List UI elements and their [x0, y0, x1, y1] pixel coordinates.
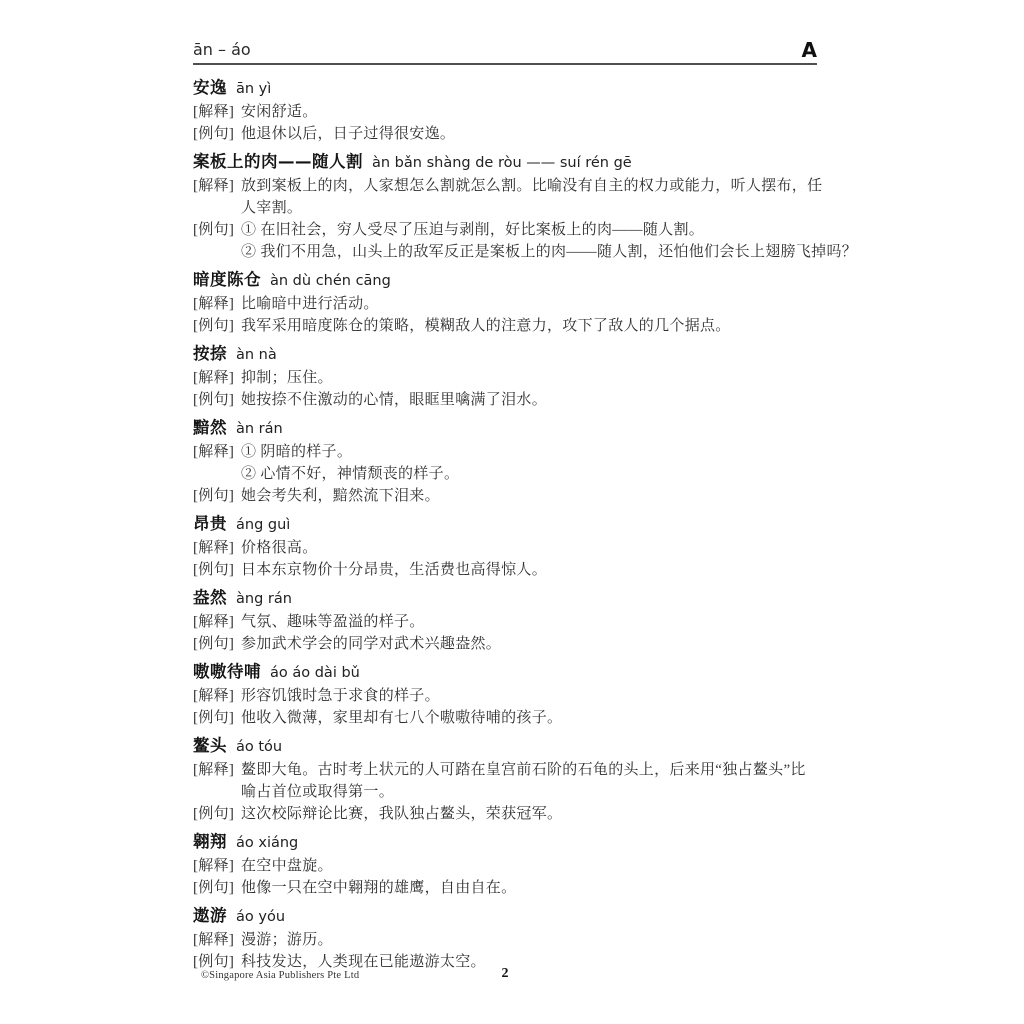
definition-text: 安闲舒适。 [241, 101, 817, 123]
dictionary-entry: 嗷嗷待哺áo áo dài bǔ [解释] 形容饥饿时急于求食的样子。 [例句]… [193, 660, 817, 729]
dictionary-entry: 翱翔áo xiáng [解释] 在空中盘旋。 [例句] 他像一只在空中翱翔的雄鹰… [193, 830, 817, 899]
definition-row: [解释] 放到案板上的肉，人家想怎么割就怎么割。比喻没有自主的权力或能力，听人摆… [193, 175, 817, 219]
definition-line: 比喻暗中进行活动。 [241, 293, 817, 315]
definition-label: [解释] [193, 441, 241, 485]
example-label: [例句] [193, 315, 241, 337]
definition-label: [解释] [193, 537, 241, 559]
dictionary-entry: 暗度陈仓àn dù chén cāng [解释] 比喻暗中进行活动。 [例句] … [193, 268, 817, 337]
example-text: 她会考失利，黯然流下泪来。 [241, 485, 817, 507]
entry-head: 盎然àng rán [193, 586, 817, 611]
definition-row: [解释] 漫游；游历。 [193, 929, 817, 951]
example-row: [例句] 我军采用暗度陈仓的策略，模糊敌人的注意力，攻下了敌人的几个据点。 [193, 315, 817, 337]
example-row: [例句] 她按捺不住激动的心情，眼眶里噙满了泪水。 [193, 389, 817, 411]
definition-row: [解释] 鳌即大龟。古时考上状元的人可踏在皇宫前石阶的石龟的头上，后来用“独占鳌… [193, 759, 817, 803]
entry-headword: 安逸 [193, 78, 227, 97]
example-row: [例句] 她会考失利，黯然流下泪来。 [193, 485, 817, 507]
dictionary-entry: 昂贵áng guì [解释] 价格很高。 [例句] 日本东京物价十分昂贵，生活费… [193, 512, 817, 581]
dictionary-entry: 黯然àn rán [解释] ① 阴暗的样子。② 心情不好，神情颓丧的样子。 [例… [193, 416, 817, 507]
example-text: 这次校际辩论比赛，我队独占鳌头，荣获冠军。 [241, 803, 817, 825]
example-row: [例句] 他收入微薄，家里却有七八个嗷嗷待哺的孩子。 [193, 707, 817, 729]
example-label: [例句] [193, 123, 241, 145]
example-text: 他收入微薄，家里却有七八个嗷嗷待哺的孩子。 [241, 707, 817, 729]
example-line: 参加武术学会的同学对武术兴趣盎然。 [241, 633, 817, 655]
entry-head: 翱翔áo xiáng [193, 830, 817, 855]
definition-text: 放到案板上的肉，人家想怎么割就怎么割。比喻没有自主的权力或能力，听人摆布，任人宰… [241, 175, 817, 219]
example-text: 他像一只在空中翱翔的雄鹰，自由自在。 [241, 877, 817, 899]
entry-headword: 按捺 [193, 344, 227, 363]
entry-head: 案板上的肉——随人割àn bǎn shàng de ròu —— suí rén… [193, 150, 817, 175]
entry-head: 昂贵áng guì [193, 512, 817, 537]
entry-headword: 案板上的肉——随人割 [193, 152, 363, 171]
definition-line: 气氛、趣味等盈溢的样子。 [241, 611, 817, 633]
definition-label: [解释] [193, 293, 241, 315]
example-label: [例句] [193, 633, 241, 655]
example-line: 这次校际辩论比赛，我队独占鳌头，荣获冠军。 [241, 803, 817, 825]
definition-label: [解释] [193, 855, 241, 877]
example-row: [例句] 参加武术学会的同学对武术兴趣盎然。 [193, 633, 817, 655]
definition-text: 比喻暗中进行活动。 [241, 293, 817, 315]
example-line: 他收入微薄，家里却有七八个嗷嗷待哺的孩子。 [241, 707, 817, 729]
definition-text: 漫游；游历。 [241, 929, 817, 951]
definition-text: 形容饥饿时急于求食的样子。 [241, 685, 817, 707]
definition-label: [解释] [193, 175, 241, 219]
entry-headword: 遨游 [193, 906, 227, 925]
entry-pinyin: àn dù chén cāng [270, 273, 391, 289]
entry-pinyin: áng guì [236, 517, 290, 533]
example-row: [例句] 日本东京物价十分昂贵，生活费也高得惊人。 [193, 559, 817, 581]
entry-head: 鳌头áo tóu [193, 734, 817, 759]
entry-headword: 昂贵 [193, 514, 227, 533]
entry-headword: 翱翔 [193, 832, 227, 851]
page-header: ān – áo A [193, 40, 817, 65]
entry-pinyin: áo áo dài bǔ [270, 665, 360, 681]
example-text: ① 在旧社会，穷人受尽了压迫与剥削，好比案板上的肉——随人割。② 我们不用急，山… [241, 219, 817, 263]
definition-row: [解释] 安闲舒适。 [193, 101, 817, 123]
example-row: [例句] 他像一只在空中翱翔的雄鹰，自由自在。 [193, 877, 817, 899]
entry-headword: 盎然 [193, 588, 227, 607]
page-footer: ©Singapore Asia Publishers Pte Ltd 2 [193, 966, 817, 986]
definition-line: 鳌即大龟。古时考上状元的人可踏在皇宫前石阶的石龟的头上，后来用“独占鳌头”比 [241, 759, 817, 781]
definition-line: 喻占首位或取得第一。 [241, 781, 817, 803]
example-line: 日本东京物价十分昂贵，生活费也高得惊人。 [241, 559, 817, 581]
entry-pinyin: ān yì [236, 81, 271, 97]
definition-row: [解释] 比喻暗中进行活动。 [193, 293, 817, 315]
dictionary-entry: 鳌头áo tóu [解释] 鳌即大龟。古时考上状元的人可踏在皇宫前石阶的石龟的头… [193, 734, 817, 825]
copyright-text: ©Singapore Asia Publishers Pte Ltd [201, 970, 359, 981]
definition-row: [解释] 价格很高。 [193, 537, 817, 559]
definition-line: 放到案板上的肉，人家想怎么割就怎么割。比喻没有自主的权力或能力，听人摆布，任 [241, 175, 817, 197]
definition-line: 漫游；游历。 [241, 929, 817, 951]
entry-pinyin: áo xiáng [236, 835, 298, 851]
dictionary-entry: 按捺àn nà [解释] 抑制；压住。 [例句] 她按捺不住激动的心情，眼眶里噙… [193, 342, 817, 411]
example-line: 我军采用暗度陈仓的策略，模糊敌人的注意力，攻下了敌人的几个据点。 [241, 315, 817, 337]
definition-line: 人宰割。 [241, 197, 817, 219]
definition-text: 鳌即大龟。古时考上状元的人可踏在皇宫前石阶的石龟的头上，后来用“独占鳌头”比喻占… [241, 759, 817, 803]
definition-row: [解释] 气氛、趣味等盈溢的样子。 [193, 611, 817, 633]
definition-line: ① 阴暗的样子。 [241, 441, 817, 463]
dictionary-entry: 案板上的肉——随人割àn bǎn shàng de ròu —— suí rén… [193, 150, 817, 263]
example-line: 他像一只在空中翱翔的雄鹰，自由自在。 [241, 877, 817, 899]
definition-line: 抑制；压住。 [241, 367, 817, 389]
entry-headword: 嗷嗷待哺 [193, 662, 261, 681]
example-row: [例句] ① 在旧社会，穷人受尽了压迫与剥削，好比案板上的肉——随人割。② 我们… [193, 219, 817, 263]
example-line: ① 在旧社会，穷人受尽了压迫与剥削，好比案板上的肉——随人割。 [241, 219, 817, 241]
entry-head: 遨游áo yóu [193, 904, 817, 929]
example-line: ② 我们不用急，山头上的敌军反正是案板上的肉——随人割，还怕他们会长上翅膀飞掉吗… [241, 241, 817, 263]
dictionary-entry: 盎然àng rán [解释] 气氛、趣味等盈溢的样子。 [例句] 参加武术学会的… [193, 586, 817, 655]
example-text: 日本东京物价十分昂贵，生活费也高得惊人。 [241, 559, 817, 581]
definition-row: [解释] 抑制；压住。 [193, 367, 817, 389]
definition-line: 形容饥饿时急于求食的样子。 [241, 685, 817, 707]
definition-label: [解释] [193, 611, 241, 633]
example-text: 我军采用暗度陈仓的策略，模糊敌人的注意力，攻下了敌人的几个据点。 [241, 315, 817, 337]
definition-line: 在空中盘旋。 [241, 855, 817, 877]
example-label: [例句] [193, 803, 241, 825]
definition-label: [解释] [193, 759, 241, 803]
page-number: 2 [502, 966, 509, 982]
header-letter-badge: A [802, 40, 817, 60]
entry-pinyin: àn rán [236, 421, 283, 437]
definition-row: [解释] ① 阴暗的样子。② 心情不好，神情颓丧的样子。 [193, 441, 817, 485]
dictionary-entry: 遨游áo yóu [解释] 漫游；游历。 [例句] 科技发达，人类现在已能遨游太… [193, 904, 817, 973]
example-label: [例句] [193, 707, 241, 729]
entry-pinyin: àng rán [236, 591, 292, 607]
entries-list: 安逸ān yì [解释] 安闲舒适。 [例句] 他退休以后，日子过得很安逸。 案… [193, 76, 817, 973]
example-label: [例句] [193, 877, 241, 899]
definition-text: 气氛、趣味等盈溢的样子。 [241, 611, 817, 633]
example-row: [例句] 这次校际辩论比赛，我队独占鳌头，荣获冠军。 [193, 803, 817, 825]
page-content: ān – áo A 安逸ān yì [解释] 安闲舒适。 [例句] 他退休以后，… [193, 40, 817, 973]
definition-text: 价格很高。 [241, 537, 817, 559]
example-line: 他退休以后，日子过得很安逸。 [241, 123, 817, 145]
dictionary-entry: 安逸ān yì [解释] 安闲舒适。 [例句] 他退休以后，日子过得很安逸。 [193, 76, 817, 145]
definition-row: [解释] 形容饥饿时急于求食的样子。 [193, 685, 817, 707]
example-label: [例句] [193, 559, 241, 581]
entry-headword: 黯然 [193, 418, 227, 437]
example-text: 参加武术学会的同学对武术兴趣盎然。 [241, 633, 817, 655]
entry-headword: 暗度陈仓 [193, 270, 261, 289]
definition-line: 价格很高。 [241, 537, 817, 559]
dictionary-page: ān – áo A 安逸ān yì [解释] 安闲舒适。 [例句] 他退休以后，… [0, 0, 1024, 1024]
header-pinyin-range: ān – áo [193, 40, 251, 60]
entry-head: 黯然àn rán [193, 416, 817, 441]
example-line: 她会考失利，黯然流下泪来。 [241, 485, 817, 507]
entry-pinyin: àn bǎn shàng de ròu —— suí rén gē [372, 155, 632, 171]
definition-text: 抑制；压住。 [241, 367, 817, 389]
definition-label: [解释] [193, 685, 241, 707]
definition-line: 安闲舒适。 [241, 101, 817, 123]
entry-headword: 鳌头 [193, 736, 227, 755]
definition-label: [解释] [193, 367, 241, 389]
definition-text: ① 阴暗的样子。② 心情不好，神情颓丧的样子。 [241, 441, 817, 485]
example-text: 她按捺不住激动的心情，眼眶里噙满了泪水。 [241, 389, 817, 411]
definition-line: ② 心情不好，神情颓丧的样子。 [241, 463, 817, 485]
example-label: [例句] [193, 485, 241, 507]
definition-label: [解释] [193, 101, 241, 123]
definition-text: 在空中盘旋。 [241, 855, 817, 877]
example-label: [例句] [193, 219, 241, 263]
entry-head: 按捺àn nà [193, 342, 817, 367]
definition-row: [解释] 在空中盘旋。 [193, 855, 817, 877]
entry-pinyin: áo yóu [236, 909, 285, 925]
example-label: [例句] [193, 389, 241, 411]
definition-label: [解释] [193, 929, 241, 951]
entry-head: 暗度陈仓àn dù chén cāng [193, 268, 817, 293]
entry-head: 安逸ān yì [193, 76, 817, 101]
entry-pinyin: áo tóu [236, 739, 282, 755]
entry-head: 嗷嗷待哺áo áo dài bǔ [193, 660, 817, 685]
entry-pinyin: àn nà [236, 347, 277, 363]
example-row: [例句] 他退休以后，日子过得很安逸。 [193, 123, 817, 145]
example-line: 她按捺不住激动的心情，眼眶里噙满了泪水。 [241, 389, 817, 411]
example-text: 他退休以后，日子过得很安逸。 [241, 123, 817, 145]
